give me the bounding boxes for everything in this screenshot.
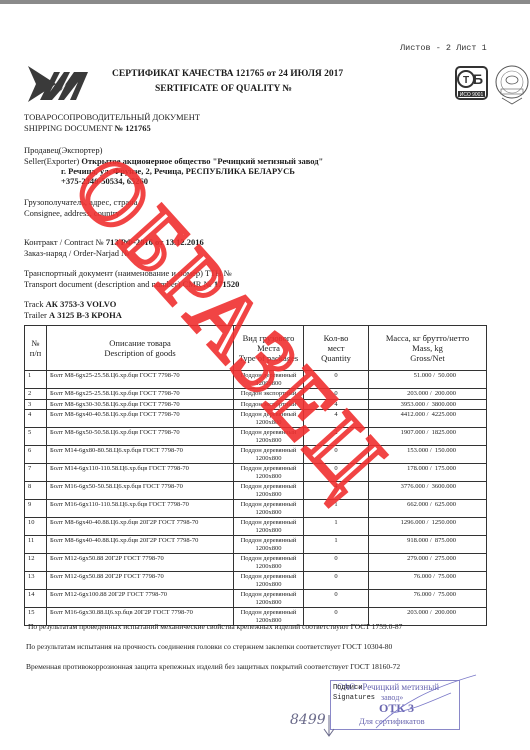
row-package: Поддон экспортный (234, 399, 304, 410)
row-package: Поддон деревянный1200х800 (234, 482, 304, 500)
row-description: Болт М12-6gx50.88 20Г2Р ГОСТ 7798-70 (47, 572, 234, 590)
row-package: Поддон деревянный1200х800 (234, 554, 304, 572)
table-row: 4Болт М8-6gx40-40.58.Ц6.хр.бцв ГОСТ 7798… (25, 410, 487, 428)
col-header-num: №п/п (25, 326, 47, 371)
transport-row-en: Transport document (description and numb… (24, 279, 239, 290)
row-mass: 153.000 / 150.000 (369, 446, 487, 464)
trailer-label: Trailer (24, 310, 47, 320)
row-quantity: 4 (304, 399, 369, 410)
sheet-count: Листов - 2 Лист 1 (400, 43, 487, 53)
row-quantity: 1 (304, 536, 369, 554)
row-quantity: 1 (304, 500, 369, 518)
table-row: 8Болт М16-6gx50-50.58.Ц6.хр.бцв ГОСТ 779… (25, 482, 487, 500)
seller-phone: +375-2340-50534, 65260 (61, 176, 148, 187)
consignee-label-ru: Грузополучатель, адрес, страна (24, 197, 137, 208)
row-number: 12 (25, 554, 47, 572)
note-strength: По результатам испытания на прочность со… (26, 642, 392, 651)
track-row: Track АК 3753-3 VOLVO (24, 299, 116, 310)
row-mass: 662.000 / 625.000 (369, 500, 487, 518)
scan-edge (0, 0, 530, 4)
order-label: Заказ-наряд / Order-Narjad № (24, 248, 129, 259)
arrow-down-icon (322, 714, 336, 738)
row-package: Поддон экспортный (234, 389, 304, 400)
handwritten-number: 8499 (290, 712, 326, 728)
transport-label-en: Transport document (description and numb… (24, 279, 212, 289)
row-mass: 203.000 / 200.000 (369, 389, 487, 400)
row-number: 3 (25, 399, 47, 410)
row-package: Поддон деревянный1200х800 (234, 410, 304, 428)
trailer-row: Trailer А 3125 В-3 КРОНА (24, 310, 122, 321)
row-mass: 3953.000 / 3800.000 (369, 399, 487, 410)
row-description: Болт М16-6gx110-110.58.Ц6.хр.бцв ГОСТ 77… (47, 500, 234, 518)
row-number: 7 (25, 464, 47, 482)
table-row: 2Болт М8-6gx25-25.58.Ц6.хр.бцв ГОСТ 7798… (25, 389, 487, 400)
row-number: 10 (25, 518, 47, 536)
row-mass: 279.000 / 275.000 (369, 554, 487, 572)
otk-stamp: ОАО «Речицкий метизный Подписи Signature… (330, 680, 460, 730)
table-row: 7Болт М14-6gx110-110.58.Ц6.хр.бцв ГОСТ 7… (25, 464, 487, 482)
certificate-title: СЕРТИФИКАТ КАЧЕСТВА 121765 от 24 ИЮЛЯ 20… (112, 69, 343, 79)
contract-value: 713 РФ-2016 от 13.12.2016 (106, 237, 204, 247)
row-description: Болт М14-6gx80-80.58.Ц6.хр.бцв ГОСТ 7798… (47, 446, 234, 464)
table-header-row: №п/п Описание товараDescription of goods… (25, 326, 487, 371)
seller-label-en: Seller(Exporter) (24, 156, 79, 166)
row-package: Поддон деревянный1200х800 (234, 518, 304, 536)
row-package: Поддон деревянный1200х800 (234, 464, 304, 482)
col-header-qty: Кол-воместQuantity (304, 326, 369, 371)
row-package: Поддон деревянный1200х800 (234, 446, 304, 464)
row-mass: 3776.000 / 3600.000 (369, 482, 487, 500)
table-row: 1Болт М8-6gx25-25.58.Ц6.хр.бцв ГОСТ 7798… (25, 371, 487, 389)
row-quantity: 4 (304, 482, 369, 500)
row-number: 2 (25, 389, 47, 400)
quality-seal-icon (494, 62, 530, 106)
trailer-value: А 3125 В-3 КРОНА (49, 310, 122, 320)
track-value: АК 3753-3 VOLVO (46, 299, 117, 309)
row-number: 8 (25, 482, 47, 500)
stb-iso-badge-icon: Т Б ИСО 9001 (455, 66, 488, 100)
signature-scribble-icon (371, 673, 481, 733)
svg-text:Т: Т (463, 75, 469, 86)
goods-table: №п/п Описание товараDescription of goods… (24, 325, 487, 626)
row-number: 5 (25, 428, 47, 446)
row-package: Поддон деревянный1200х800 (234, 371, 304, 389)
shipping-doc-label: SHIPPING DOCUMENT (24, 123, 112, 133)
shipping-doc-en: SHIPPING DOCUMENT № 121765 (24, 123, 151, 134)
row-description: Болт М8-6gx40-40.88.Ц6.хр.бцв 20Г2Р ГОСТ… (47, 536, 234, 554)
row-mass: 76.000 / 75.000 (369, 572, 487, 590)
row-number: 4 (25, 410, 47, 428)
row-description: Болт М8-6gx25-25.58.Ц6.хр.бцв ГОСТ 7798-… (47, 389, 234, 400)
row-quantity: 0 (304, 554, 369, 572)
table-row: 6Болт М14-6gx80-80.58.Ц6.хр.бцв ГОСТ 779… (25, 446, 487, 464)
row-quantity: 0 (304, 389, 369, 400)
seller-name: Открытое акционерное общество "Речицкий … (81, 156, 323, 166)
row-mass: 178.000 / 175.000 (369, 464, 487, 482)
row-number: 6 (25, 446, 47, 464)
table-row: 5Болт М8-6gx50-50.58.Ц6.хр.бцв ГОСТ 7798… (25, 428, 487, 446)
signature-label-en: Signatures (333, 694, 375, 702)
row-package: Поддон деревянный1200х800 (234, 428, 304, 446)
row-package: Поддон деревянный1200х800 (234, 536, 304, 554)
row-mass: 1907.000 / 1825.000 (369, 428, 487, 446)
table-row: 9Болт М16-6gx110-110.58.Ц6.хр.бцв ГОСТ 7… (25, 500, 487, 518)
row-description: Болт М8-6gx30-30.58.Ц6.хр.бцв ГОСТ 7798-… (47, 399, 234, 410)
transport-label-ru: Транспортный документ (наименование и но… (24, 268, 232, 279)
seller-label-ru: Продавец(Экспортер) (24, 145, 102, 156)
row-package: Поддон деревянный1200х800 (234, 572, 304, 590)
row-package: Поддон деревянный1200х800 (234, 590, 304, 608)
row-description: Болт М8-6gx40-40.88.Ц6.хр.бцв 20Г2Р ГОСТ… (47, 518, 234, 536)
col-header-desc: Описание товараDescription of goods (47, 326, 234, 371)
row-description: Болт М8-6gx25-25.58.Ц6.хр.бцв ГОСТ 7798-… (47, 371, 234, 389)
dm-logo-icon (26, 62, 90, 104)
table-row: 13Болт М12-6gx50.88 20Г2Р ГОСТ 7798-70По… (25, 572, 487, 590)
row-description: Болт М8-6gx40-40.58.Ц6.хр.бцв ГОСТ 7798-… (47, 410, 234, 428)
contract-row: Контракт / Contract № 713 РФ-2016 от 13.… (24, 237, 204, 248)
row-package: Поддон деревянный1200х800 (234, 500, 304, 518)
track-label: Track (24, 299, 44, 309)
svg-text:ИСО 9001: ИСО 9001 (460, 92, 484, 98)
certificate-subtitle: SERTIFICATE OF QUALITY № (155, 84, 292, 94)
note-corrosion: Временная противокоррозионная защита кре… (26, 662, 400, 671)
row-number: 9 (25, 500, 47, 518)
table-row: 11Болт М8-6gx40-40.88.Ц6.хр.бцв 20Г2Р ГО… (25, 536, 487, 554)
row-mass: 51.000 / 50.000 (369, 371, 487, 389)
row-mass: 4412.000 / 4225.000 (369, 410, 487, 428)
row-description: Болт М14-6gx110-110.58.Ц6.хр.бцв ГОСТ 77… (47, 464, 234, 482)
row-quantity: 2 (304, 428, 369, 446)
cmr-number: 171520 (214, 279, 240, 289)
row-description: Болт М12-6gx50.88 20Г2Р ГОСТ 7798-70 (47, 554, 234, 572)
row-number: 13 (25, 572, 47, 590)
col-header-mass: Масса, кг брутто/неттоMass, kgGross/Net (369, 326, 487, 371)
row-quantity: 0 (304, 446, 369, 464)
row-mass: 918.000 / 875.000 (369, 536, 487, 554)
row-description: Болт М8-6gx50-50.58.Ц6.хр.бцв ГОСТ 7798-… (47, 428, 234, 446)
col-header-pack: Вид грузовогоМестаType of packages (234, 326, 304, 371)
table-row: 10Болт М8-6gx40-40.88.Ц6.хр.бцв 20Г2Р ГО… (25, 518, 487, 536)
signature-label-ru: Подписи (333, 684, 362, 692)
shipping-doc-number: № 121765 (115, 123, 151, 133)
row-description: Болт М12-6gx100.88 20Г2Р ГОСТ 7798-70 (47, 590, 234, 608)
row-quantity: 0 (304, 371, 369, 389)
row-number: 14 (25, 590, 47, 608)
table-row: 3Болт М8-6gx30-30.58.Ц6.хр.бцв ГОСТ 7798… (25, 399, 487, 410)
row-quantity: 0 (304, 464, 369, 482)
row-mass: 76.000 / 75.000 (369, 590, 487, 608)
note-mechanical: По результатам проведенных испытаний мех… (28, 622, 402, 631)
row-quantity: 1 (304, 518, 369, 536)
row-quantity: 0 (304, 590, 369, 608)
row-number: 11 (25, 536, 47, 554)
consignee-label-en: Consignee, address, country (24, 208, 120, 219)
row-number: 1 (25, 371, 47, 389)
table-row: 14Болт М12-6gx100.88 20Г2Р ГОСТ 7798-70П… (25, 590, 487, 608)
shipping-doc-ru: ТОВАРОСОПРОВОДИТЕЛЬНЫЙ ДОКУМЕНТ (24, 112, 200, 123)
row-quantity: 0 (304, 572, 369, 590)
svg-text:Б: Б (473, 71, 483, 87)
row-quantity: 4 (304, 410, 369, 428)
contract-label: Контракт / Contract № (24, 237, 104, 247)
row-mass: 1296.000 / 1250.000 (369, 518, 487, 536)
row-description: Болт М16-6gx50-50.58.Ц6.хр.бцв ГОСТ 7798… (47, 482, 234, 500)
table-row: 12Болт М12-6gx50.88 20Г2Р ГОСТ 7798-70По… (25, 554, 487, 572)
